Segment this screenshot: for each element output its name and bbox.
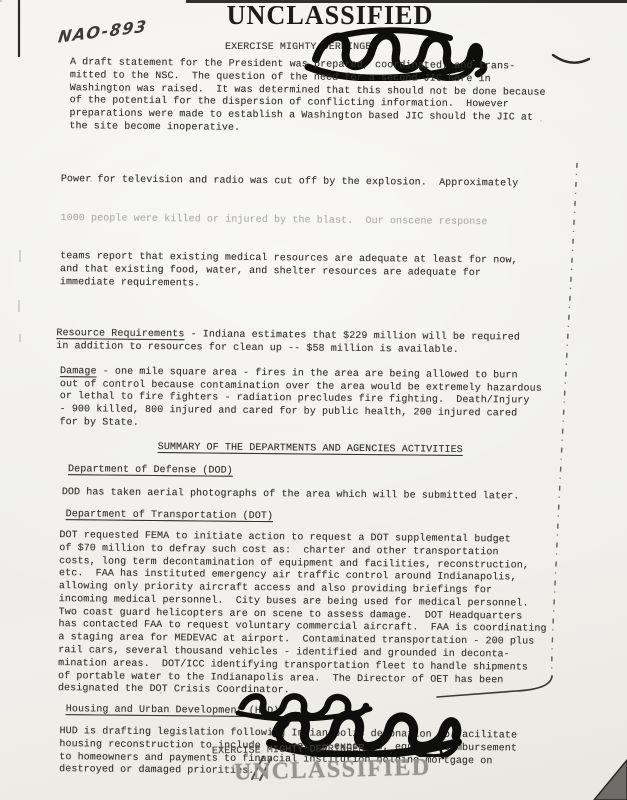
paragraph-casualties: Power for television and radio was cut o… <box>60 149 572 320</box>
paragraph-jic: A draft statement for the President was … <box>69 57 572 139</box>
classification-stamp-bottom: UNCLASSIFIED <box>234 754 431 786</box>
dot-heading: Department of Transportation (DOT) <box>66 509 568 527</box>
casualties-line-faded: 1000 people were killed or injured by th… <box>60 213 570 231</box>
handwritten-id: NAO-893 <box>57 16 148 46</box>
paragraph-resource-requirements: Resource Requirements - Indiana estimate… <box>56 328 569 359</box>
resource-requirements-label: Resource Requirements <box>56 328 184 340</box>
scanned-document-page: NAO-893 UNCLASSIFIED EXERCISE MIGHTY DER… <box>0 0 627 800</box>
dot-paragraph: DOT requested FEMA to initiate action to… <box>58 530 568 701</box>
scan-specks <box>0 0 2 2</box>
document-body: A draft statement for the President was … <box>49 57 572 782</box>
damage-text: - one mile square area - fires in the ar… <box>59 366 541 429</box>
scribble-loops <box>276 715 457 746</box>
paragraph-damage: Damage - one mile square area - fires in… <box>59 366 569 435</box>
damage-label: Damage <box>60 366 97 377</box>
casualties-rest: teams report that existing medical resou… <box>60 251 570 294</box>
summary-heading-text: SUMMARY OF THE DEPARTMENTS AND AGENCIES … <box>158 442 463 456</box>
dod-heading-text: Department of Defense (DOD) <box>68 464 233 477</box>
corner-fold-triangle <box>594 760 627 800</box>
summary-heading: SUMMARY OF THE DEPARTMENTS AND AGENCIES … <box>52 441 568 459</box>
scan-left-edge-marks <box>19 250 20 342</box>
dod-heading: Department of Defense (DOD) <box>68 464 568 482</box>
casualties-line-1: Power for television and radio was cut o… <box>61 174 571 192</box>
dod-paragraph: DOD has taken aerial photographs of the … <box>62 487 568 505</box>
dot-heading-text: Department of Transportation (DOT) <box>66 509 274 522</box>
